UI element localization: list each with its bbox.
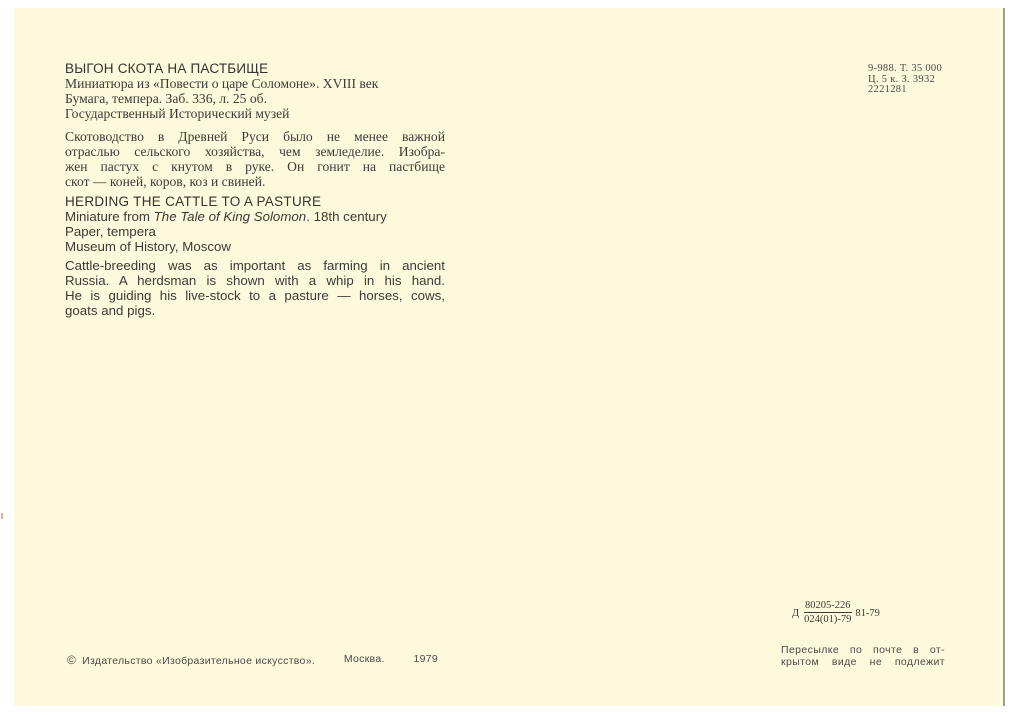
english-description: Cattle-breeding was as important as farm…: [65, 258, 445, 318]
russian-title: ВЫГОН СКОТА НА ПАСТБИЩЕ: [65, 61, 445, 76]
english-caption: HERDING THE CATTLE TO A PASTURE Miniatur…: [65, 194, 445, 254]
copyright-city: Москва.: [344, 653, 385, 667]
russian-subtitle-line: Государственный Исторический музей: [65, 106, 445, 121]
index-numerator: 80205-226: [804, 600, 852, 613]
catalog-index: Д 80205-226 024(01)-79 81-79: [792, 600, 880, 626]
english-subtitle-line: Miniature from The Tale of King Solomon.…: [65, 209, 445, 224]
scan-artifact: [1, 513, 3, 519]
english-description-line: Cattle-breeding was as important as farm…: [65, 258, 445, 273]
postal-notice: Пересылке по почте в от- крытом виде не …: [781, 645, 945, 668]
english-title: HERDING THE CATTLE TO A PASTURE: [65, 194, 445, 209]
english-subtitle-suffix: . 18th century: [306, 209, 387, 224]
index-fraction: 80205-226 024(01)-79: [803, 600, 852, 626]
russian-description-line: Скотоводство в Древней Руси было не мене…: [65, 129, 445, 144]
index-prefix: Д: [792, 608, 799, 619]
copyright-icon: ©: [67, 653, 76, 667]
copyright-publisher: Издательство «Изобразительное искусство»…: [82, 655, 315, 667]
index-suffix: 81-79: [855, 608, 880, 619]
english-description-line: Russia. A herdsman is shown with a whip …: [65, 273, 445, 288]
russian-description-line: отраслью сельского хозяйства, чем землед…: [65, 144, 445, 159]
work-title: The Tale of King Solomon: [154, 209, 307, 224]
copyright-line: ©Издательство «Изобразительное искусство…: [67, 653, 438, 667]
print-info: 9-988. Т. 35 000 Ц. 5 к. З. 3932 2221281: [868, 64, 942, 96]
postal-notice-line: крытом виде не подлежит: [781, 657, 945, 669]
english-subtitle-line: Paper, tempera: [65, 224, 445, 239]
copyright-publisher-group: ©Издательство «Изобразительное искусство…: [67, 653, 315, 667]
english-description-line: goats and pigs.: [65, 303, 445, 318]
russian-description: Скотоводство в Древней Руси было не мене…: [65, 129, 445, 189]
print-info-line: 2221281: [868, 85, 942, 96]
index-denominator: 024(01)-79: [803, 613, 852, 626]
russian-description-line: жен пастух с кнутом в руке. Он гонит на …: [65, 159, 445, 174]
english-subtitle-prefix: Miniature from: [65, 209, 154, 224]
russian-subtitle-line: Бумага, темпера. Заб. 336, л. 25 об.: [65, 91, 445, 106]
english-subtitle-line: Museum of History, Moscow: [65, 239, 445, 254]
postal-notice-line: Пересылке по почте в от-: [781, 645, 945, 657]
copyright-year: 1979: [413, 653, 438, 667]
english-description-line: He is guiding his live-stock to a pastur…: [65, 288, 445, 303]
russian-description-line: скот — коней, коров, коз и свиней.: [65, 174, 445, 189]
russian-subtitle-line: Миниатюра из «Повести о царе Соломоне». …: [65, 76, 445, 91]
russian-caption: ВЫГОН СКОТА НА ПАСТБИЩЕ Миниатюра из «По…: [65, 61, 445, 121]
print-info-line: 9-988. Т. 35 000: [868, 64, 942, 75]
